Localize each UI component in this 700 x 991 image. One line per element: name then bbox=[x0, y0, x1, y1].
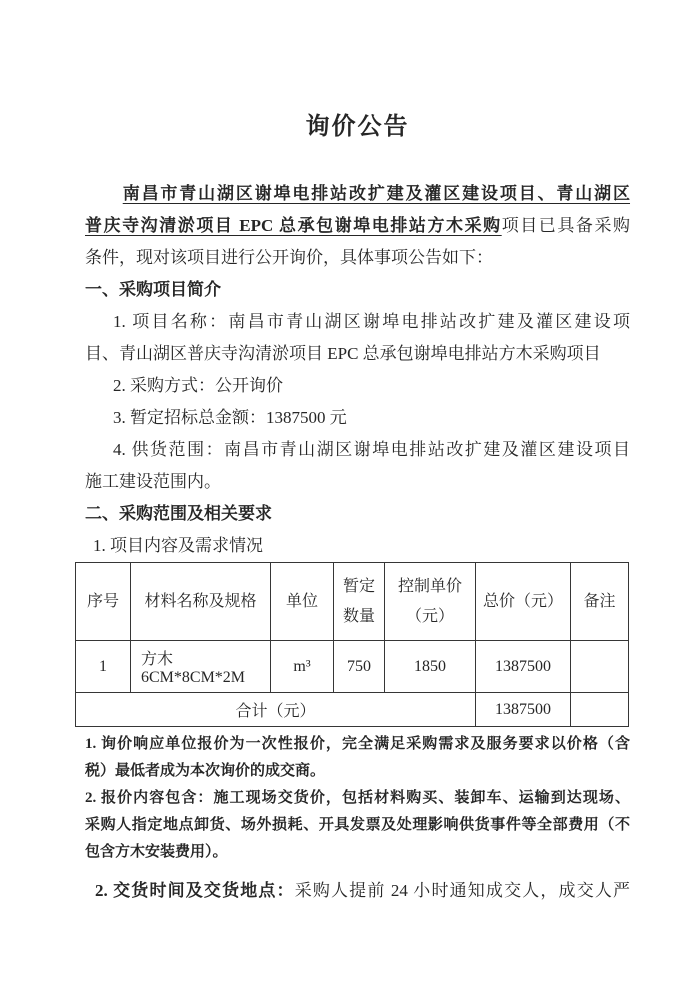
table-row: 1 方木 6CM*8CM*2M m³ 750 1850 1387500 bbox=[76, 641, 629, 693]
col-unit: 单位 bbox=[271, 563, 334, 641]
item-supply-scope: 4. 供货范围：南昌市青山湖区谢埠电排站改扩建及灌区建设项目施工建设范围内。 bbox=[85, 434, 630, 498]
text-segment bbox=[85, 184, 123, 203]
intro-paragraph: 南昌市青山湖区谢埠电排站改扩建及灌区建设项目、青山湖区普庆寺沟清淤项目 EPC … bbox=[85, 178, 630, 274]
document-page: 询价公告 南昌市青山湖区谢埠电排站改扩建及灌区建设项目、青山湖区普庆寺沟清淤项目… bbox=[0, 0, 700, 991]
col-seq: 序号 bbox=[76, 563, 131, 641]
cell-unit: m³ bbox=[271, 641, 334, 693]
item-procurement-method: 2. 采购方式：公开询价 bbox=[85, 370, 630, 402]
col-remark: 备注 bbox=[571, 563, 629, 641]
text-segment: 2. 交货时间及交货地点： bbox=[95, 881, 295, 900]
cell-total-price: 1387500 bbox=[476, 641, 571, 693]
cell-qty: 750 bbox=[334, 641, 385, 693]
note-price-content: 2. 报价内容包含：施工现场交货价，包括材料购买、装卸车、运输到达现场、采购人指… bbox=[85, 785, 630, 866]
text-segment: 1. 询价响应单位报价为一次性报价，完全满足采购需求及服务要求以价格（含 bbox=[85, 736, 630, 752]
col-material-name-spec: 材料名称及规格 bbox=[131, 563, 271, 641]
text-segment: 税）最低者成为本次询价的成交商。 bbox=[85, 763, 325, 779]
text-segment: 施工建设范围内。 bbox=[85, 472, 221, 491]
cell-footer-remark bbox=[571, 693, 629, 727]
cell-unit-price: 1850 bbox=[385, 641, 476, 693]
cell-footer-label: 合计（元） bbox=[76, 693, 476, 727]
cell-remark bbox=[571, 641, 629, 693]
delivery-terms: 2. 交货时间及交货地点：采购人提前 24 小时通知成交人，成交人严 bbox=[85, 875, 630, 907]
underlined-text-segment: 普庆寺沟清淤项目 EPC 总承包谢埠电排站方木采购 bbox=[85, 216, 502, 235]
col-tentative-qty: 暂定数量 bbox=[334, 563, 385, 641]
table-notes: 1. 询价响应单位报价为一次性报价，完全满足采购需求及服务要求以价格（含税）最低… bbox=[85, 731, 630, 866]
document-content: 询价公告 南昌市青山湖区谢埠电排站改扩建及灌区建设项目、青山湖区普庆寺沟清淤项目… bbox=[85, 112, 630, 907]
text-segment: 目、青山湖区普庆寺沟清淤项目 EPC 总承包谢埠电排站方木采购项目 bbox=[85, 344, 601, 363]
section-2-subheading: 1. 项目内容及需求情况 bbox=[85, 530, 630, 562]
text-segment: 4. 供货范围：南昌市青山湖区谢埠电排站改扩建及灌区建设项目 bbox=[113, 440, 630, 459]
cell-material-name: 方木 6CM*8CM*2M bbox=[131, 641, 271, 693]
text-segment: 采购人指定地点卸货、场外损耗、开具发票及处理影响供货事件等全部费用（不 bbox=[85, 817, 630, 833]
item-project-name: 1. 项目名称：南昌市青山湖区谢埠电排站改扩建及灌区建设项目、青山湖区普庆寺沟清… bbox=[85, 306, 630, 370]
document-title: 询价公告 bbox=[85, 112, 630, 142]
text-segment: 条件，现对该项目进行公开询价，具体事项公告如下： bbox=[85, 248, 493, 267]
materials-table: 序号 材料名称及规格 单位 暂定数量 控制单价（元） 总价（元） 备注 1 方木… bbox=[75, 562, 629, 727]
table-header-row: 序号 材料名称及规格 单位 暂定数量 控制单价（元） 总价（元） 备注 bbox=[76, 563, 629, 641]
text-segment: 1. 项目名称：南昌市青山湖区谢埠电排站改扩建及灌区建设项 bbox=[113, 312, 630, 331]
note-price-rule: 1. 询价响应单位报价为一次性报价，完全满足采购需求及服务要求以价格（含税）最低… bbox=[85, 731, 630, 785]
item-tentative-total-amount: 3. 暂定招标总金额：1387500 元 bbox=[85, 402, 630, 434]
text-segment: 包含方木安装费用）。 bbox=[85, 844, 228, 860]
col-control-unit-price: 控制单价（元） bbox=[385, 563, 476, 641]
text-segment: 采购人提前 24 小时通知成交人，成交人严 bbox=[295, 881, 630, 900]
section-1-heading: 一、采购项目简介 bbox=[85, 274, 630, 306]
cell-seq: 1 bbox=[76, 641, 131, 693]
underlined-text-segment: 南昌市青山湖区谢埠电排站改扩建及灌区建设项目、青山湖区 bbox=[123, 184, 630, 203]
col-total-price: 总价（元） bbox=[476, 563, 571, 641]
table-footer-row: 合计（元） 1387500 bbox=[76, 693, 629, 727]
text-segment: 2. 报价内容包含：施工现场交货价，包括材料购买、装卸车、运输到达现场、 bbox=[85, 790, 630, 806]
cell-footer-total: 1387500 bbox=[476, 693, 571, 727]
section-2-heading: 二、采购范围及相关要求 bbox=[85, 498, 630, 530]
text-segment: 项目已具备采购 bbox=[502, 216, 630, 235]
